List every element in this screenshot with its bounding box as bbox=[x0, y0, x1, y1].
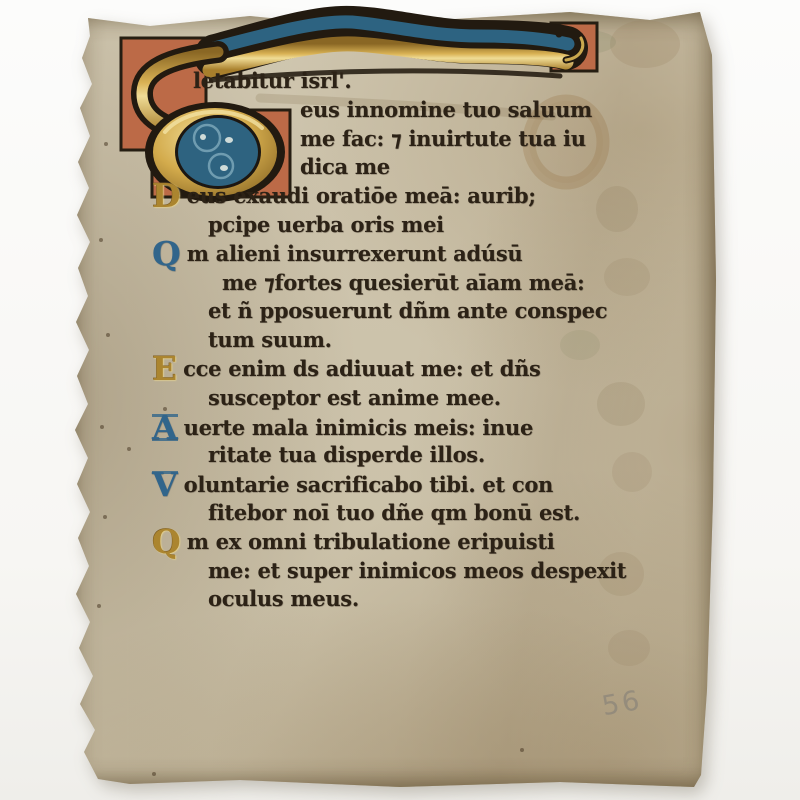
line-text: m alieni insurrexerunt adúsū bbox=[187, 241, 523, 266]
line-text: et ñ pposuerunt dñm ante conspec bbox=[208, 298, 607, 323]
line-text: me: et super inimicos meos despexit bbox=[208, 558, 626, 583]
line-text: dica me bbox=[300, 154, 390, 179]
line-text: tum suum. bbox=[208, 327, 332, 352]
text-line-0: letabitur isrl'. bbox=[193, 68, 351, 93]
text-line-16: Qm ex omni tribulatione eripuisti bbox=[152, 529, 554, 554]
text-line-4: Deus exaudi oratiōe meā: aurib; bbox=[152, 183, 536, 208]
line-text: fitebor noī tuo dñe qm bonū est. bbox=[208, 500, 580, 525]
text-line-13: ritate tua disperde illos. bbox=[208, 442, 485, 467]
versal-initial: Q bbox=[152, 531, 181, 552]
versal-initial: V bbox=[152, 471, 178, 495]
text-line-8: et ñ pposuerunt dñm ante conspec bbox=[208, 298, 607, 323]
line-text: letabitur isrl'. bbox=[193, 68, 351, 93]
versal-initial: E bbox=[152, 358, 177, 379]
line-text: cce enim ds adiuuat me: et dñs bbox=[183, 356, 540, 381]
versal-initial: D bbox=[152, 185, 181, 206]
line-text: eus innomine tuo saluum bbox=[300, 97, 592, 122]
text-line-11: susceptor est anime mee. bbox=[208, 385, 501, 410]
text-line-17: me: et super inimicos meos despexit bbox=[208, 558, 626, 583]
text-block: letabitur isrl'.eus innomine tuo saluumm… bbox=[0, 0, 800, 800]
photo-stage: letabitur isrl'.eus innomine tuo saluumm… bbox=[0, 0, 800, 800]
line-text: me ⁊fortes quesierūt aīam meā: bbox=[222, 270, 584, 295]
line-text: oluntarie sacrificabo tibi. et con bbox=[184, 472, 553, 497]
line-text: susceptor est anime mee. bbox=[208, 385, 501, 410]
text-line-12: Auerte mala inimicis meis: inue bbox=[152, 414, 533, 441]
text-line-7: me ⁊fortes quesierūt aīam meā: bbox=[222, 270, 584, 295]
line-text: m ex omni tribulatione eripuisti bbox=[187, 529, 555, 554]
versal-initial: Q bbox=[152, 243, 181, 264]
line-text: oculus meus. bbox=[208, 586, 359, 611]
text-line-18: oculus meus. bbox=[208, 586, 359, 611]
text-line-1: eus innomine tuo saluum bbox=[300, 97, 592, 122]
line-text: me fac: ⁊ inuirtute tua iu bbox=[300, 126, 586, 151]
text-line-3: dica me bbox=[300, 154, 390, 179]
text-line-14: Voluntarie sacrificabo tibi. et con bbox=[152, 471, 553, 497]
text-line-10: Ecce enim ds adiuuat me: et dñs bbox=[152, 356, 541, 381]
text-line-2: me fac: ⁊ inuirtute tua iu bbox=[300, 126, 586, 151]
versal-initial: A bbox=[152, 414, 178, 441]
line-text: ritate tua disperde illos. bbox=[208, 442, 485, 467]
text-line-5: pcipe uerba oris mei bbox=[208, 212, 444, 237]
text-line-9: tum suum. bbox=[208, 327, 332, 352]
text-line-6: Qm alieni insurrexerunt adúsū bbox=[152, 241, 522, 266]
line-text: uerte mala inimicis meis: inue bbox=[184, 415, 533, 440]
line-text: pcipe uerba oris mei bbox=[208, 212, 444, 237]
text-line-15: fitebor noī tuo dñe qm bonū est. bbox=[208, 500, 580, 525]
line-text: eus exaudi oratiōe meā: aurib; bbox=[187, 183, 536, 208]
